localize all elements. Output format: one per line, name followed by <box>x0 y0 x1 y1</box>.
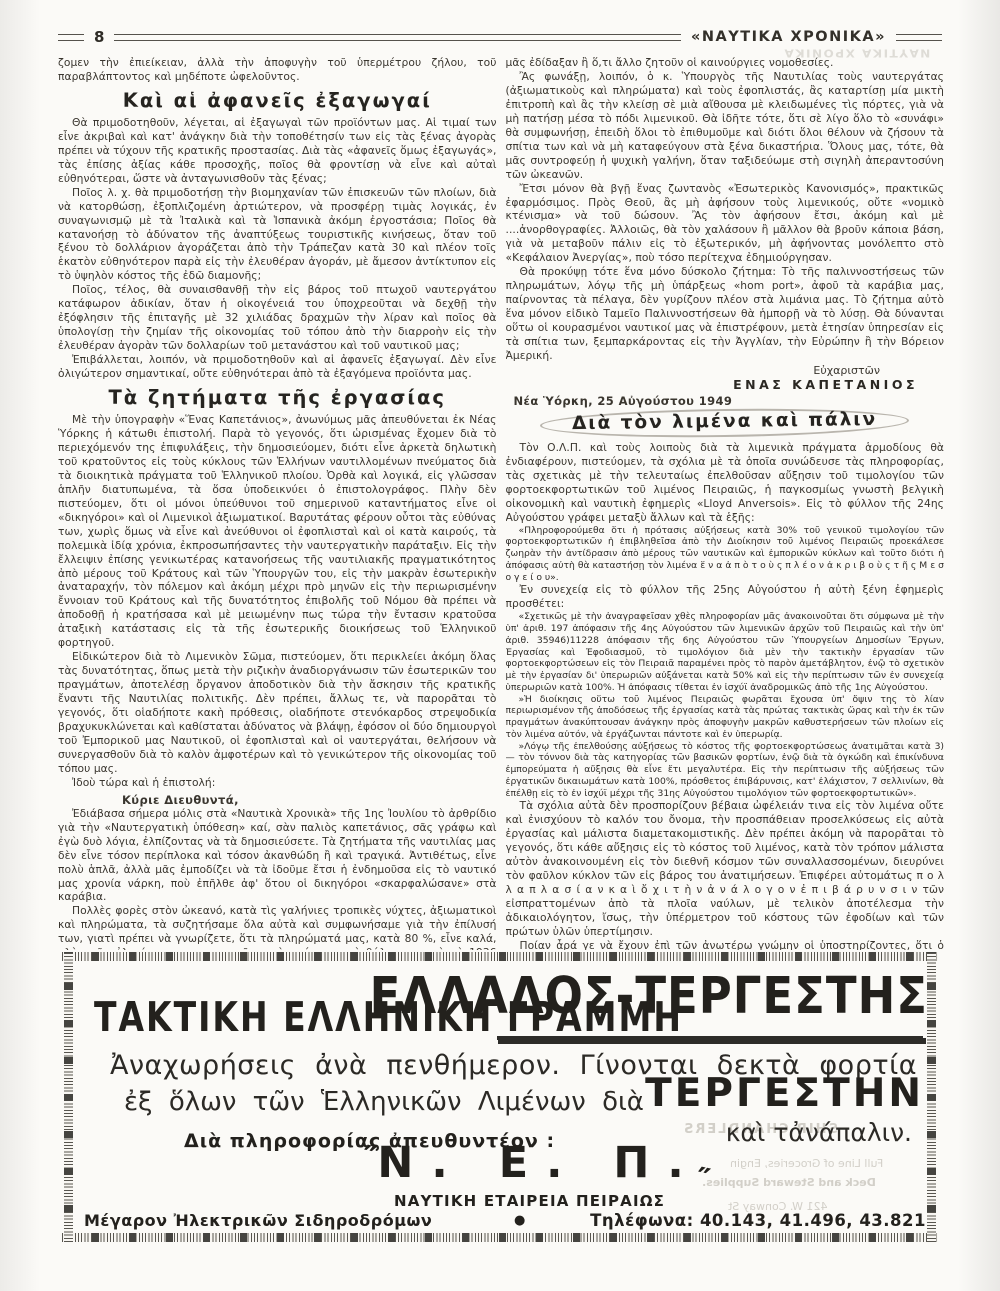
quoted-newspaper-excerpt: »Ἡ διοίκησις οὕτω τοῦ λιμένος Πειραιῶς φ… <box>506 694 945 741</box>
bleedthrough-text: Full Line of Groceries, Engin <box>730 1157 883 1170</box>
right-column: μᾶς ἐδίδαξαν ἢ ὅ,τι ἄλλο ζητοῦν οἱ καινο… <box>506 56 945 950</box>
ad-border-right <box>927 952 936 1242</box>
quoted-newspaper-excerpt: «Πληροφορούμεθα ὅτι ἡ πρότασις αὐξήσεως … <box>506 525 945 584</box>
letter-dateline: Νέα Ὑόρκη, 25 Αὐγούστου 1949 <box>506 394 945 408</box>
section-title-labour-issues: Τὰ ζητήματα τῆς ἐργασίας <box>58 386 497 409</box>
ad-separator-bullet: ● <box>514 1213 525 1228</box>
paragraph: Ἔτσι μόνον θὰ βγῇ ἕνας ζωντανὸς «Ἐσωτερι… <box>506 182 945 266</box>
paragraph: Εἰδικώτερον διὰ τὸ Λιμενικὸν Σῶμα, πιστε… <box>58 650 497 776</box>
ad-headline-underline <box>498 1038 926 1044</box>
paragraph: Θὰ προκύψῃ τότε ἕνα μόνο δύσκολο ζήτημα:… <box>506 265 945 363</box>
left-column: ζομεν τὴν ἐπιείκειαν, ἀλλὰ τὴν ἀποφυγὴν … <box>58 56 497 950</box>
paragraph: Τὰ σχόλια αὐτὰ δὲν προσπορίζουν βέβαια ὠ… <box>506 799 945 939</box>
oval-section-title-wrap: Διὰ τὸν λιμένα καὶ πάλιν <box>506 409 945 437</box>
paragraph: Τὸν Ο.Λ.Π. καὶ τοὺς λοιποὺς διὰ τὰ λιμεν… <box>506 441 945 525</box>
letter-signature: ΕΝΑΣ ΚΑΠΕΤΑΝΙΟΣ <box>506 377 945 392</box>
paragraph: Ποῖος λ. χ. θὰ πριμοδοτήσῃ τὴν βιομηχανί… <box>58 186 497 284</box>
scanned-magazine-page: 8 «ΝΑΥΤΙΚΑ ΧΡΟΝΙΚΑ» ΝΑΥΤΙΚΑ ΧΡΟΝΙΚΑ ζομε… <box>0 0 1000 1291</box>
section-title-the-port-again: Διὰ τὸν λιμένα καὶ πάλιν <box>540 406 910 439</box>
page-number: 8 <box>94 28 104 46</box>
paragraph: Μὲ τὴν ὑπογραφὴν «Ἕνας Καπετάνιος», ἀνων… <box>58 413 497 650</box>
shipping-line-advertisement: SHIP CHANDLERS Full Line of Groceries, E… <box>62 952 938 1242</box>
ad-headline-greece-trieste: ΕΛΛΑΔΟΣ-ΤΕΡΓΕΣΤΗΣ <box>370 966 928 1025</box>
masthead-rule-left <box>58 34 84 41</box>
paragraph: ζομεν τὴν ἐπιείκειαν, ἀλλὰ τὴν ἀποφυγὴν … <box>58 56 497 84</box>
quote-mark: ″ <box>359 1139 379 1176</box>
company-abbr-text: Ν. Ε. Π. <box>377 1138 701 1188</box>
paragraph: Ἐν συνεχείᾳ εἰς τὸ φύλλον τῆς 25ης Αὐγού… <box>506 583 945 611</box>
ad-border-left <box>64 952 73 1242</box>
paragraph: Ἂς φωνάξῃ, λοιπόν, ὁ κ. Ὑπουργὸς τῆς Ναυ… <box>506 70 945 182</box>
paragraph: Ποῖος, τέλος, θὰ συναισθανθῇ τὴν εἰς βάρ… <box>58 283 497 353</box>
ad-and-vice-versa: καὶ τἀνάπαλιν. <box>726 1118 912 1147</box>
masthead-rule-right <box>896 34 942 41</box>
masthead: 8 «ΝΑΥΤΙΚΑ ΧΡΟΝΙΚΑ» <box>58 28 942 46</box>
ad-border-top <box>62 952 938 961</box>
letter-salutation: Κύριε Διευθυντά, <box>58 793 497 807</box>
paragraph: μᾶς ἐδίδαξαν ἢ ὅ,τι ἄλλο ζητοῦν οἱ καινο… <box>506 56 945 70</box>
magazine-title: «ΝΑΥΤΙΚΑ ΧΡΟΝΙΚΑ» <box>691 29 886 45</box>
masthead-rule-center <box>114 34 681 41</box>
paragraph: Ἰδοὺ τώρα καὶ ἡ ἐπιστολή: <box>58 776 497 790</box>
quoted-newspaper-excerpt: «Σχετικῶς μὲ τὴν ἀναγραφεῖσαν χθὲς πληρο… <box>506 611 945 693</box>
ad-company-address: Μέγαρον Ἠλεκτρικῶν Σιδηροδρόμων <box>84 1211 432 1230</box>
quoted-newspaper-excerpt: »Λόγῳ τῆς ἐπελθούσης αὐξήσεως τὸ κόστος … <box>506 741 945 800</box>
paragraph: Ἐπιβάλλεται, λοιπόν, νὰ πριμοδοτηθοῦν κα… <box>58 353 497 381</box>
ad-trieste-big-word: ΤΕΡΓΕΣΤΗΝ <box>645 1071 924 1116</box>
article-columns: ζομεν τὴν ἐπιείκειαν, ἀλλὰ τὴν ἀποφυγὴν … <box>58 56 944 950</box>
letter-closing: Εὐχαριστῶν <box>506 364 945 377</box>
ad-cargo-line: ἐξ ὅλων τῶν Ἑλληνικῶν Λιμένων διὰ <box>124 1087 644 1117</box>
paragraph: Θὰ πριμοδοτηθοῦν, λέγεται, αἱ ἐξαγωγαὶ τ… <box>58 116 497 186</box>
ad-border-bottom <box>62 1233 938 1242</box>
ad-telephone-numbers: Τηλέφωνα: 40.143, 41.496, 43.821 <box>590 1211 926 1230</box>
paragraph: Ἐδιάβασα σήμερα μόλις στὰ «Ναυτικὰ Χρονι… <box>58 807 497 905</box>
ad-company-full-name: ΝΑΥΤΙΚΗ ΕΤΑΙΡΕΙΑ ΠΕΙΡΑΙΩΣ <box>394 1192 665 1210</box>
bleedthrough-text: Deck and Steward Supplies. <box>702 1176 876 1189</box>
paragraph: Πολλὲς φορὲς στὸν ὠκεανό, κατὰ τὶς γαλήν… <box>58 904 497 950</box>
section-title-invisible-exports: Καὶ αἱ ἀφανεῖς ἐξαγωγαί <box>58 89 497 112</box>
ad-company-abbreviation: ″Ν. Ε. Π.″ <box>362 1138 709 1188</box>
paragraph: Ποίαν ἆρά γε νὰ ἔχουν ἐπὶ τῶν ἀνωτέρω γν… <box>506 939 945 950</box>
